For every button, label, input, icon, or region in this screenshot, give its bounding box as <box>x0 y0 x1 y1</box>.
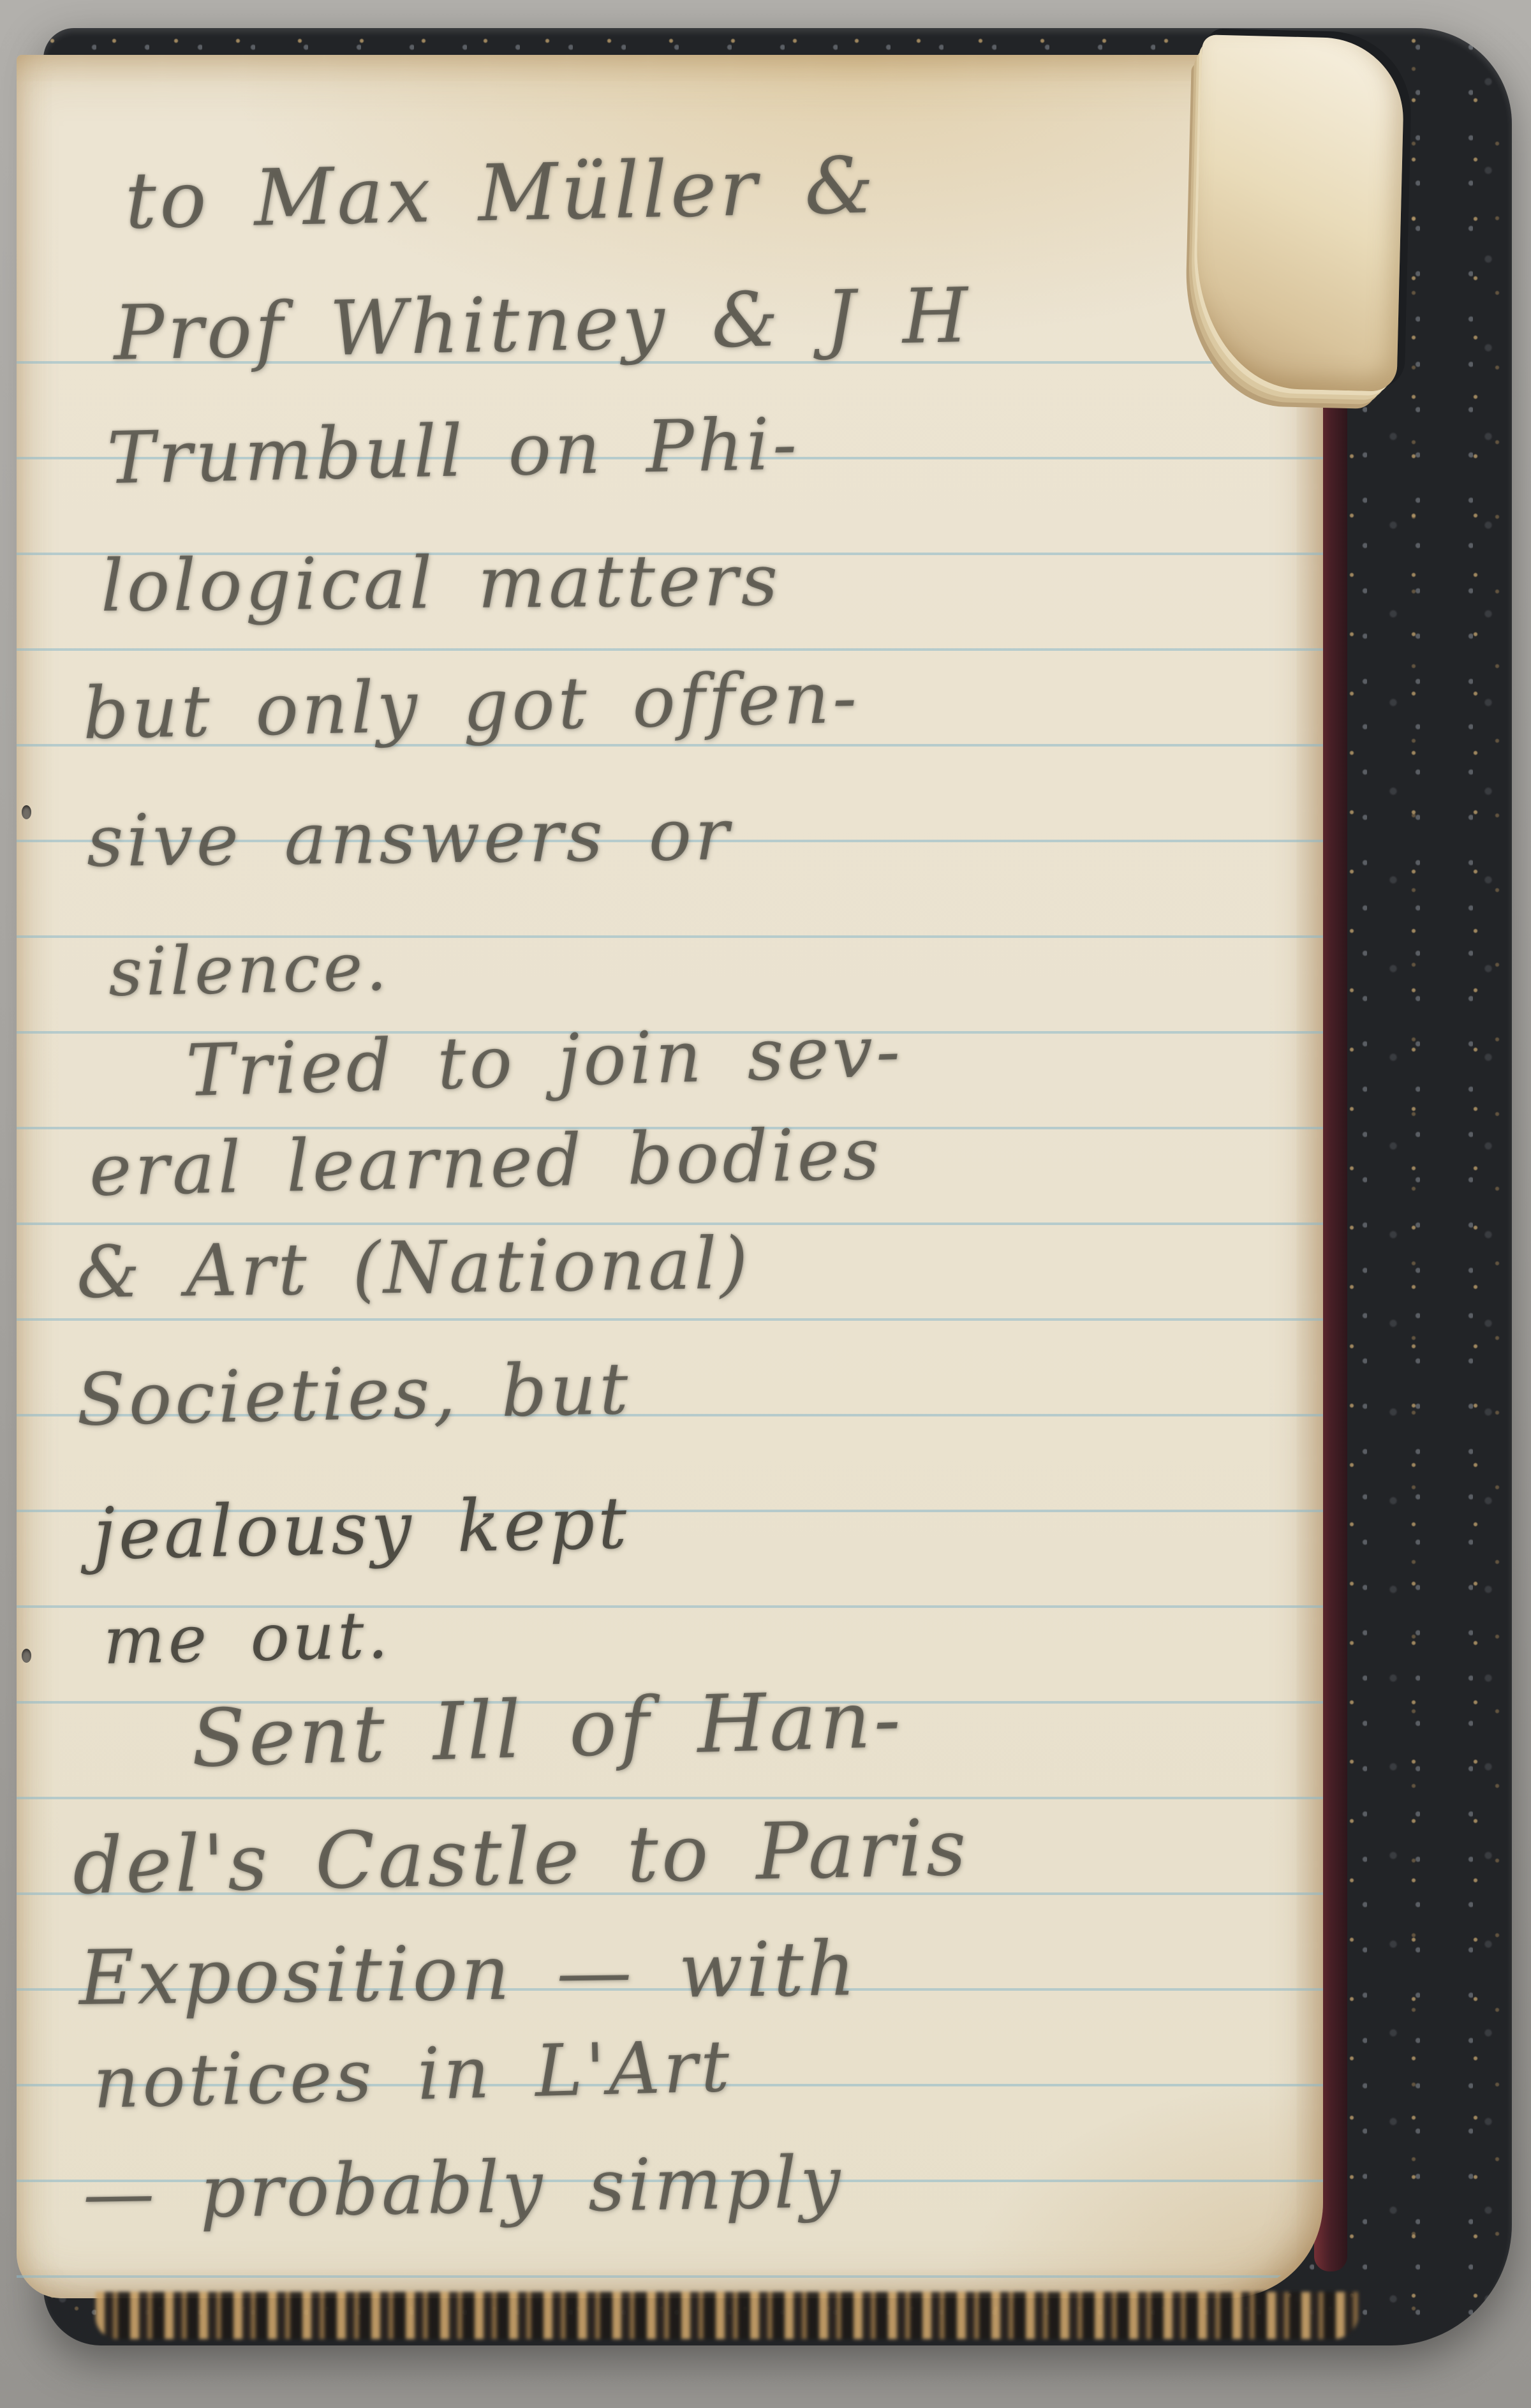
handwriting-line: jealousy kept <box>92 1480 631 1577</box>
handwriting-line: Trumbull on Phi- <box>107 401 801 502</box>
handwriting-line: notices in L'Art <box>92 2024 734 2127</box>
handwriting-line: Prof Whitney & J H <box>113 271 972 379</box>
handwriting-line: lological matters <box>100 538 781 630</box>
handwriting-line: & Art (National) <box>76 1221 751 1316</box>
handwriting-line: silence. <box>108 927 391 1013</box>
handwriting-line: — probably simply <box>82 2139 844 2237</box>
handwriting-line: to Max Müller & <box>124 138 878 248</box>
handwriting-line: Sent Ill of Han- <box>190 1672 905 1787</box>
handwriting-line: Exposition — with <box>78 1924 859 2024</box>
handwriting-line: del's Castle to Paris <box>71 1801 970 1914</box>
handwriting: to Max Müller & Prof Whitney & J H Trumb… <box>0 0 1531 2408</box>
handwriting-line: eral learned bodies <box>89 1111 884 1214</box>
handwriting-line: sive answers or <box>86 792 732 884</box>
handwriting-line: but only got offen- <box>82 655 861 757</box>
handwriting-line: me out. <box>103 1597 392 1681</box>
notebook-photo: to Max Müller & Prof Whitney & J H Trumb… <box>0 0 1531 2408</box>
handwriting-line: Tried to join sev- <box>185 1009 905 1115</box>
handwriting-line: Societies, but <box>76 1346 632 1444</box>
